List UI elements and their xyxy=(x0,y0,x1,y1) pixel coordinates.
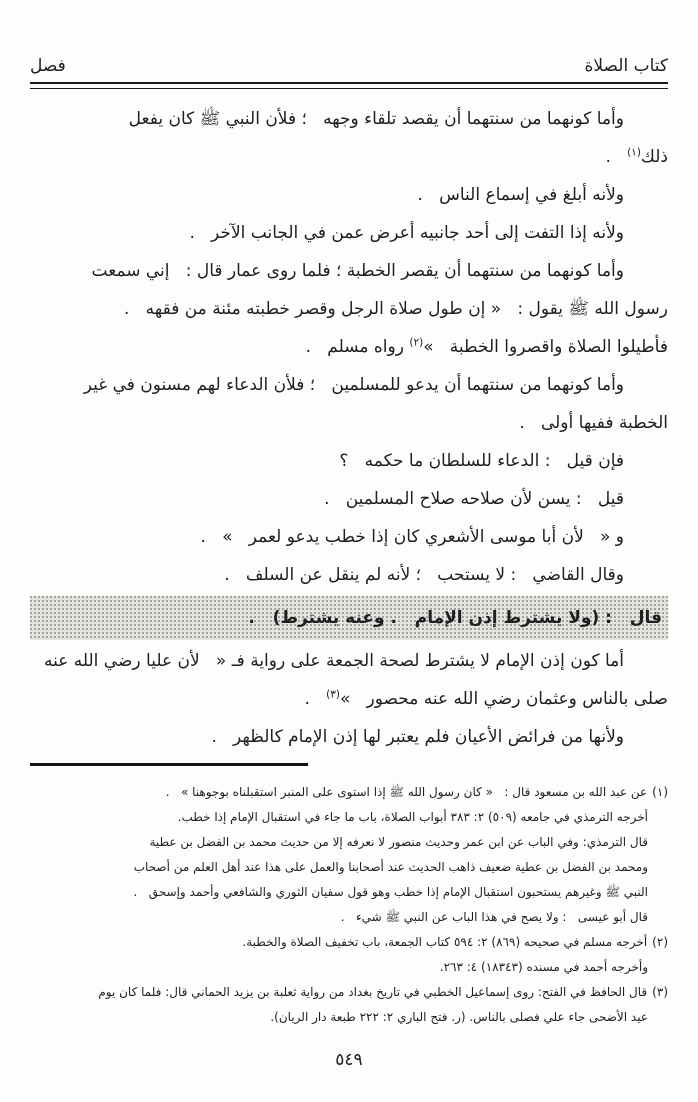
footnote-line: النبي ﷺ وغيرهم يستحبون استقبال الإمام إذ… xyxy=(30,880,668,905)
book-title: كتاب الصلاة xyxy=(584,56,668,76)
page-header: كتاب الصلاة فصل xyxy=(30,0,668,76)
footnote-line: أخرجه الترمذي في جامعه (٥٠٩) ٢: ٣٨٣ أبوا… xyxy=(30,805,668,830)
body-line: فإن قيل : الدعاء للسلطان ما حكمه ؟ xyxy=(30,442,668,480)
footnotes: (١)عن عبد الله بن مسعود قال : « كان رسول… xyxy=(30,780,668,1030)
body-line: وأما كونهما من سنتهما أن يدعو للمسلمين ؛… xyxy=(30,366,668,404)
body-line: ذلك(١) . xyxy=(30,138,668,176)
body-line: وقال القاضي : لا يستحب ؛ لأنه لم ينقل عن… xyxy=(30,556,668,594)
footnote-line: قال أبو عيسى : ولا يصح في هذا الباب عن ا… xyxy=(30,905,668,930)
footnote-marker: (٢) xyxy=(652,935,668,949)
body-line: ولأنه إذا التفت إلى أحد جانبيه أعرض عمن … xyxy=(30,214,668,252)
footnote-marker: (٣) xyxy=(652,985,668,999)
body-line: فأطيلوا الصلاة واقصروا الخطبة »(٢) رواه … xyxy=(30,328,668,366)
footnote-separator xyxy=(30,763,308,766)
footnote-line: (٢)أخرجه مسلم في صحيحه (٨٦٩) ٢: ٥٩٤ كتاب… xyxy=(30,930,668,955)
body-line: الخطبة ففيها أولى . xyxy=(30,404,668,442)
footnote-ref: (٢) xyxy=(409,336,423,348)
body-line: ولأنها من فرائض الأعيان فلم يعتبر لها إذ… xyxy=(30,718,668,756)
body-line: رسول الله ﷺ يقول : « إن طول صلاة الرجل و… xyxy=(30,290,668,328)
body-line: أما كون إذن الإمام لا يشترط لصحة الجمعة … xyxy=(30,642,668,680)
header-rule xyxy=(30,82,668,89)
body-line: صلى بالناس وعثمان رضي الله عنه محصور »(٣… xyxy=(30,680,668,718)
section-title: فصل xyxy=(30,56,66,76)
body-line: ولأنه أبلغ في إسماع الناس . xyxy=(30,176,668,214)
footnote-line: (١)عن عبد الله بن مسعود قال : « كان رسول… xyxy=(30,780,668,805)
body-line: قيل : يسن لأن صلاحه صلاح المسلمين . xyxy=(30,480,668,518)
footnote-line: عيد الأضحى جاء علي فصلى بالناس. (ر. فتح … xyxy=(30,1005,668,1030)
body-line: وأما كونهما من سنتهما أن يقصر الخطبة ؛ ف… xyxy=(30,252,668,290)
main-text: وأما كونهما من سنتهما أن يقصد تلقاء وجهه… xyxy=(30,100,668,756)
footnote-ref: (١) xyxy=(627,146,641,158)
book-page: كتاب الصلاة فصل وأما كونهما من سنتهما أن… xyxy=(0,0,698,1102)
page-number: ٥٤٩ xyxy=(30,1050,668,1070)
body-line: وأما كونهما من سنتهما أن يقصد تلقاء وجهه… xyxy=(30,100,668,138)
footnote-line: (٣)قال الحافظ في الفتح: روى إسماعيل الخط… xyxy=(30,980,668,1005)
footnote-line: ومحمد بن الفضل بن عطية ضعيف ذاهب الحديث … xyxy=(30,855,668,880)
footnote-line: وأخرجه أحمد في مسنده (١٨٣٤٣) ٤: ٢٦٣. xyxy=(30,955,668,980)
footnote-ref: (٣) xyxy=(326,688,340,700)
body-line: و « لأن أبا موسى الأشعري كان إذا خطب يدع… xyxy=(30,518,668,556)
footnote-marker: (١) xyxy=(652,785,668,799)
matn-highlighted-line: قال : (ولا يشترط إذن الإمام . وعنه يشترط… xyxy=(30,596,668,640)
footnote-line: قال الترمذي: وفي الباب عن ابن عمر وحديث … xyxy=(30,830,668,855)
